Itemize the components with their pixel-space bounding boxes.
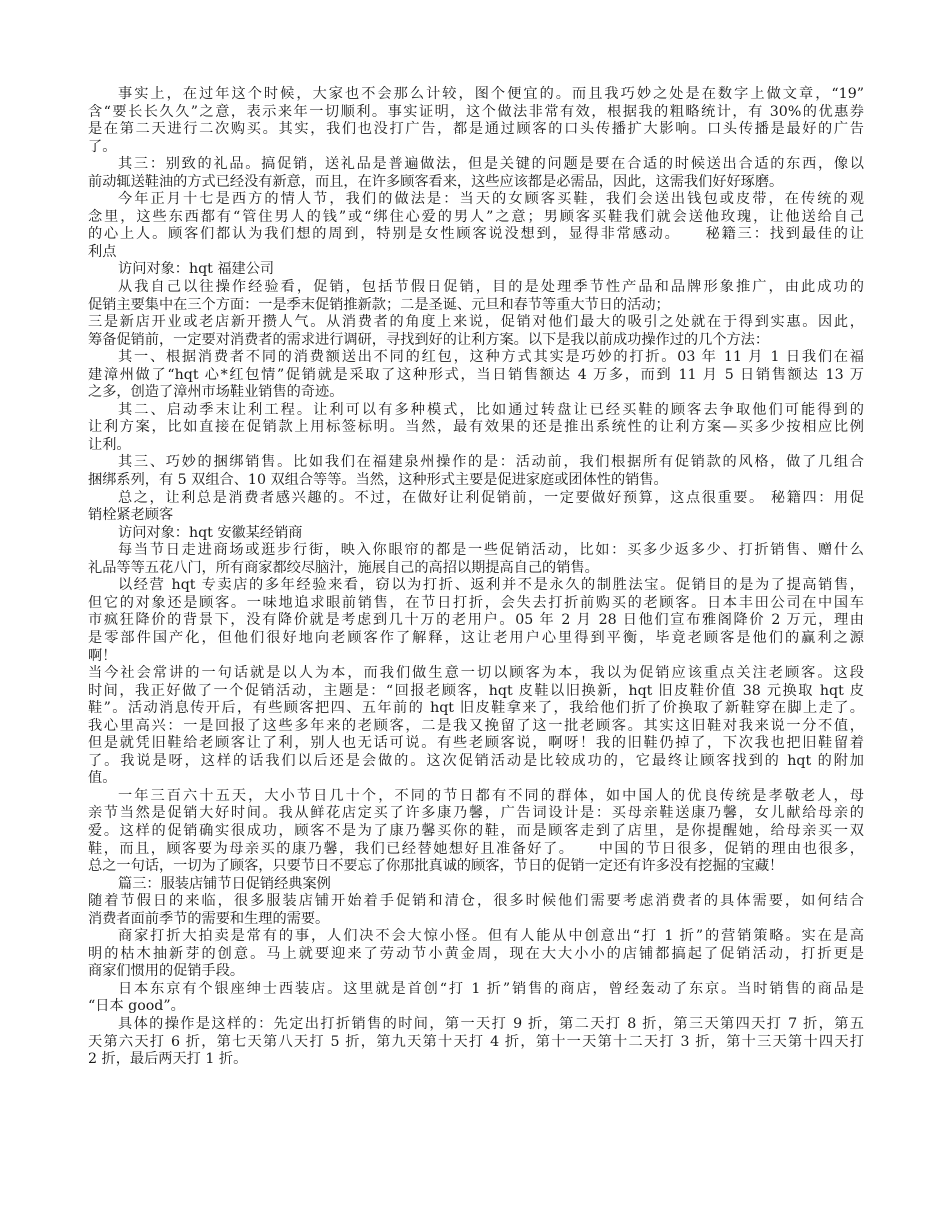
text-line: 今年正月十七是西方的情人节，我们的做法是：当天的女顾客买鞋，我们会送出钱包或皮带… xyxy=(88,191,864,209)
text-line: 三是新店开业或老店新开攒人气。从消费者的角度上来说，促销对他们最大的吸引之处就在… xyxy=(88,314,864,332)
text-line: 具体的操作是这样的：先定出打折销售的时间，第一天打 9 折，第二天打 8 折，第… xyxy=(88,1016,864,1034)
text-line: 之多，创造了漳州市场鞋业销售的奇迹。 xyxy=(88,384,864,402)
text-line: 总之，让利总是消费者感兴趣的。不过，在做好让利促销前，一定要做好预算，这点很重要… xyxy=(88,490,864,508)
text-line: 鞋，而且，顾客要为母亲买的康乃馨，我们已经替她想好且准备好了。 中国的节日很多，… xyxy=(88,841,864,859)
text-line: 是零部件国产化，但他们很好地向老顾客作了解释，这让老用户心里得到平衡，毕竟老顾客… xyxy=(88,630,864,648)
text-line: 亲节当然是促销大好时间。我从鲜花店定买了许多康乃馨，广告词设计是：买母亲鞋送康乃… xyxy=(88,805,864,823)
text-line: 明的枯木抽新芽的创意。马上就要迎来了劳动节小黄金周，现在大大小小的店铺都搞起了促… xyxy=(88,946,864,964)
text-line: 了。 xyxy=(88,139,864,157)
text-line: “日本 good”。 xyxy=(88,998,864,1016)
text-line: 建漳州做了“hqt 心*红包情”促销就是采取了这种形式，当日销售额达 4 万多，… xyxy=(88,367,864,385)
text-line: 总之一句话，一切为了顾客，只要节日不要忘了你那批真诚的顾客，节日的促销一定还有许… xyxy=(88,858,864,876)
text-line: 让利。 xyxy=(88,437,864,455)
text-line: 消费者面前季节的需要和生理的需要。 xyxy=(88,911,864,929)
text-line: 值。 xyxy=(88,770,864,788)
text-line: 商家打折大拍卖是常有的事，人们决不会大惊小怪。但有人能从中创意出“打 1 折”的… xyxy=(88,928,864,946)
text-line: 随着节假日的来临，很多服装店铺开始着手促销和清仓，很多时候他们需要考虑消费者的具… xyxy=(88,893,864,911)
text-line: 筹备促销前，一定要对消费者的需求进行调研，寻找到好的让利方案。以下是我以前成功操… xyxy=(88,332,864,350)
text-line: 其三：别致的礼品。搞促销，送礼品是普遍做法，但是关键的问题是要在合适的时候送出合… xyxy=(88,156,864,174)
text-line: 商家们惯用的促销手段。 xyxy=(88,963,864,981)
text-line: 礼品等等五花八门，所有商家都绞尽脑汁，施展自己的高招以期提高自己的销售。 xyxy=(88,560,864,578)
text-line: 但它的对象还是顾客。一味地追求眼前销售，在节日打折，会失去打折前购买的老顾客。日… xyxy=(88,595,864,613)
text-line: 以经营 hqt 专卖店的多年经验来看，窃以为打折、返利并不是永久的制胜法宝。促销… xyxy=(88,577,864,595)
text-line: 捆绑系列，有 5 双组合、10 双组合等等。当然，这种形式主要是促进家庭或团体性… xyxy=(88,472,864,490)
text-line: 其二、启动季末让利工程。让利可以有多种模式，比如通过转盘让已经买鞋的顾客去争取他… xyxy=(88,402,864,420)
text-line: 时间，我正好做了一个促销活动，主题是：“回报老顾客，hqt 皮鞋以旧换新，hqt… xyxy=(88,683,864,701)
text-line: 2 折，最后两天打 1 折。 xyxy=(88,1051,864,1069)
text-line: 让利方案，比如直接在促销款上用标签标明。当然，最有效果的还是推出系统性的让利方案… xyxy=(88,419,864,437)
text-line: 我心里高兴：一是回报了这些多年来的老顾客，二是我又挽留了这一批老顾客。其实这旧鞋… xyxy=(88,718,864,736)
text-line: 每当节日走进商场或逛步行街，映入你眼帘的都是一些促销活动，比如：买多少返多少、打… xyxy=(88,542,864,560)
text-line: 天第六天打 6 折，第七天第八天打 5 折，第九天第十天打 4 折，第十一天第十… xyxy=(88,1034,864,1052)
text-line: 日本东京有个银座绅士西装店。这里就是首创“打 1 折”销售的商店，曾经轰动了东京… xyxy=(88,981,864,999)
document-body: 事实上，在过年这个时候，大家也不会那么计较，图个便宜的。而且我巧妙之处是在数字上… xyxy=(88,86,864,1069)
text-line: 是在第二天进行二次购买。其实，我们也没打广告，都是通过顾客的口头传播扩大影响。口… xyxy=(88,121,864,139)
text-line: 访问对象：hqt 福建公司 xyxy=(88,261,864,279)
text-line: 前动辄送鞋油的方式已经没有新意，而且，在许多顾客看来，这些应该都是必需品，因此，… xyxy=(88,174,864,192)
text-line: 念里，这些东西都有“管住男人的钱”或“绑住心爱的男人”之意；男顾客买鞋我们就会送… xyxy=(88,209,864,227)
text-line: 一年三百六十五天，大小节日几十个，不同的节日都有不同的群体，如中国人的优良传统是… xyxy=(88,788,864,806)
text-line: 的心上人。顾客们都认为我们想的周到，特别是女性顾客说没想到，显得非常感动。 秘籍… xyxy=(88,226,864,244)
text-line: 含“要长长久久”之意，表示来年一切顺利。事实证明，这个做法非常有效，根据我的粗略… xyxy=(88,104,864,122)
text-line: 篇三：服装店铺节日促销经典案例 xyxy=(88,876,864,894)
text-line: 利点 xyxy=(88,244,864,262)
text-line: 其一、根据消费者不同的消费额送出不同的红包，这种方式其实是巧妙的打折。03 年 … xyxy=(88,349,864,367)
text-line: 访问对象：hqt 安徽某经销商 xyxy=(88,525,864,543)
text-line: 销栓紧老顾客 xyxy=(88,507,864,525)
text-line: 市疯狂降价的背景下，没有降价就是考虑到几十万的老用户。05 年 2 月 28 日… xyxy=(88,612,864,630)
text-line: 啊！ xyxy=(88,648,864,666)
text-line: 了。我说是呀，这样的话我们以后还是会做的。这次促销活动是比较成功的，它最终让顾客… xyxy=(88,753,864,771)
text-line: 但是就凭旧鞋给老顾客让了利，别人也无话可说。有些老顾客说，啊呀！我的旧鞋仍掉了，… xyxy=(88,735,864,753)
text-line: 鞋”。活动消息传开后，有些顾客把四、五年前的 hqt 旧皮鞋拿来了，我给他们折了… xyxy=(88,700,864,718)
text-line: 爱。这样的促销确实很成功，顾客不是为了康乃馨买你的鞋，而是顾客走到了店里，是你提… xyxy=(88,823,864,841)
text-line: 其三、巧妙的捆绑销售。比如我们在福建泉州操作的是：活动前，我们根据所有促销款的风… xyxy=(88,454,864,472)
text-line: 促销主要集中在三个方面：一是季末促销推新款；二是圣诞、元旦和春节等重大节日的活动… xyxy=(88,297,864,315)
text-line: 事实上，在过年这个时候，大家也不会那么计较，图个便宜的。而且我巧妙之处是在数字上… xyxy=(88,86,864,104)
text-line: 当今社会常讲的一句话就是以人为本，而我们做生意一切以顾客为本，我以为促销应该重点… xyxy=(88,665,864,683)
text-line: 从我自己以往操作经验看，促销，包括节假日促销，目的是处理季节性产品和品牌形象推广… xyxy=(88,279,864,297)
